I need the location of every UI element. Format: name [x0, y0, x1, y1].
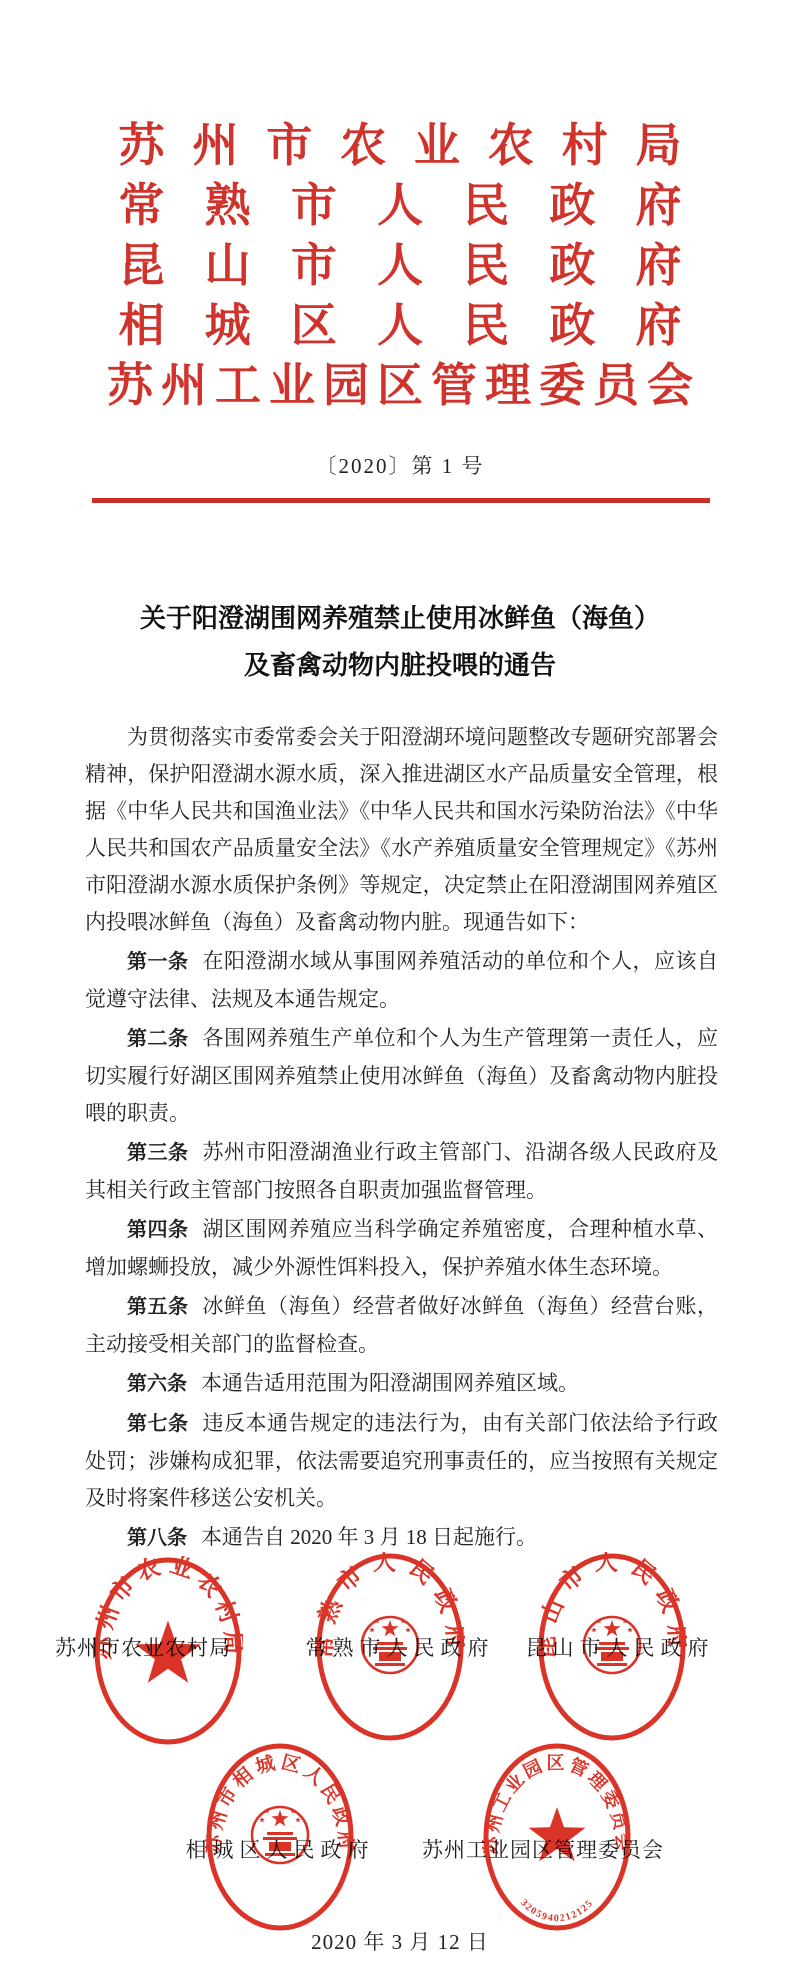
article-7: 第七条违反本通告规定的违法行为，由有关部门依法给予行政处罚；涉嫌构成犯罪，依法需…	[85, 1405, 718, 1517]
notice-title: 关于阳澄湖围网养殖禁止使用冰鲜鱼（海鱼） 及畜禽动物内脏投喂的通告	[85, 595, 715, 689]
intro-paragraph: 为贯彻落实市委常委会关于阳澄湖环境问题整改专题研究部署会精神，保护阳澄湖水源水质…	[85, 719, 718, 941]
article-6-text: 本通告适用范围为阳澄湖围网养殖区域。	[201, 1371, 579, 1395]
national-emblem-icon	[362, 1617, 418, 1673]
document-number: 〔2020〕第 1 号	[0, 452, 800, 480]
article-6-label: 第六条	[127, 1373, 187, 1395]
star-icon	[528, 1807, 585, 1861]
letterhead-agency-4: 相城区人民政府	[119, 296, 682, 356]
seal-suzhou-agriculture-bureau: 苏州市农业农村局	[93, 1556, 243, 1746]
article-2-label: 第二条	[127, 1028, 189, 1050]
article-7-label: 第七条	[127, 1413, 189, 1435]
seal-sip-committee: 苏州工业园区管理委员会 3205940212125	[482, 1742, 632, 1932]
notice-title-line2: 及畜禽动物内脏投喂的通告	[244, 651, 556, 680]
article-6: 第六条本通告适用范围为阳澄湖围网养殖区域。	[85, 1365, 718, 1403]
letterhead: 苏州市农业农村局 常熟市人民政府 昆山市人民政府 相城区人民政府 苏州工业园区管…	[0, 0, 800, 416]
seals-and-signatures: 苏州市农业农村局 常熟市人民政府 昆山市人民政府 相城区人民政府 苏州工业园区管…	[0, 1552, 800, 1928]
national-emblem-icon	[252, 1807, 308, 1863]
star-icon	[135, 1621, 201, 1683]
article-3-label: 第三条	[127, 1142, 189, 1164]
article-3: 第三条苏州市阳澄湖渔业行政主管部门、沿湖各级人民政府及其相关行政主管部门按照各自…	[85, 1134, 718, 1209]
national-emblem-icon	[584, 1617, 640, 1673]
notice-document-page: 苏州市农业农村局 常熟市人民政府 昆山市人民政府 相城区人民政府 苏州工业园区管…	[0, 0, 800, 1984]
seal-kunshan-government: 昆山市人民政府	[537, 1552, 687, 1742]
letterhead-agency-2: 常熟市人民政府	[119, 176, 682, 236]
notice-body: 为贯彻落实市委常委会关于阳澄湖环境问题整改专题研究部署会精神，保护阳澄湖水源水质…	[85, 719, 718, 1555]
article-8-label: 第八条	[127, 1527, 187, 1549]
article-1: 第一条在阳澄湖水域从事围网养殖活动的单位和个人，应该自觉遵守法律、法规及本通告规…	[85, 943, 718, 1018]
seal-changshu-government: 常熟市人民政府	[315, 1552, 465, 1742]
letterhead-agency-1: 苏州市农业农村局	[119, 116, 682, 176]
article-4-label: 第四条	[127, 1219, 189, 1241]
issue-date: 2020 年 3 月 12 日	[0, 1928, 800, 1956]
article-1-label: 第一条	[127, 951, 189, 973]
article-5: 第五条冰鲜鱼（海鱼）经营者做好冰鲜鱼（海鱼）经营台账，主动接受相关部门的监督检查…	[85, 1288, 718, 1363]
article-8-text: 本通告自 2020 年 3 月 18 日起施行。	[201, 1525, 537, 1549]
article-2: 第二条各围网养殖生产单位和个人为生产管理第一责任人，应切实履行好湖区围网养殖禁止…	[85, 1020, 718, 1132]
article-8: 第八条本通告自 2020 年 3 月 18 日起施行。	[85, 1519, 718, 1555]
letterhead-divider-rule	[92, 498, 710, 503]
seal-xiangcheng-government: 苏州市相城区人民政府	[205, 1742, 355, 1932]
article-4: 第四条湖区围网养殖应当科学确定养殖密度，合理种植水草、增加螺蛳投放，减少外源性饵…	[85, 1211, 718, 1286]
letterhead-agency-3: 昆山市人民政府	[119, 236, 682, 296]
article-5-label: 第五条	[127, 1296, 189, 1318]
notice-title-line1: 关于阳澄湖围网养殖禁止使用冰鲜鱼（海鱼）	[140, 604, 660, 633]
letterhead-agency-5: 苏州工业园区管理委员会	[107, 356, 693, 416]
